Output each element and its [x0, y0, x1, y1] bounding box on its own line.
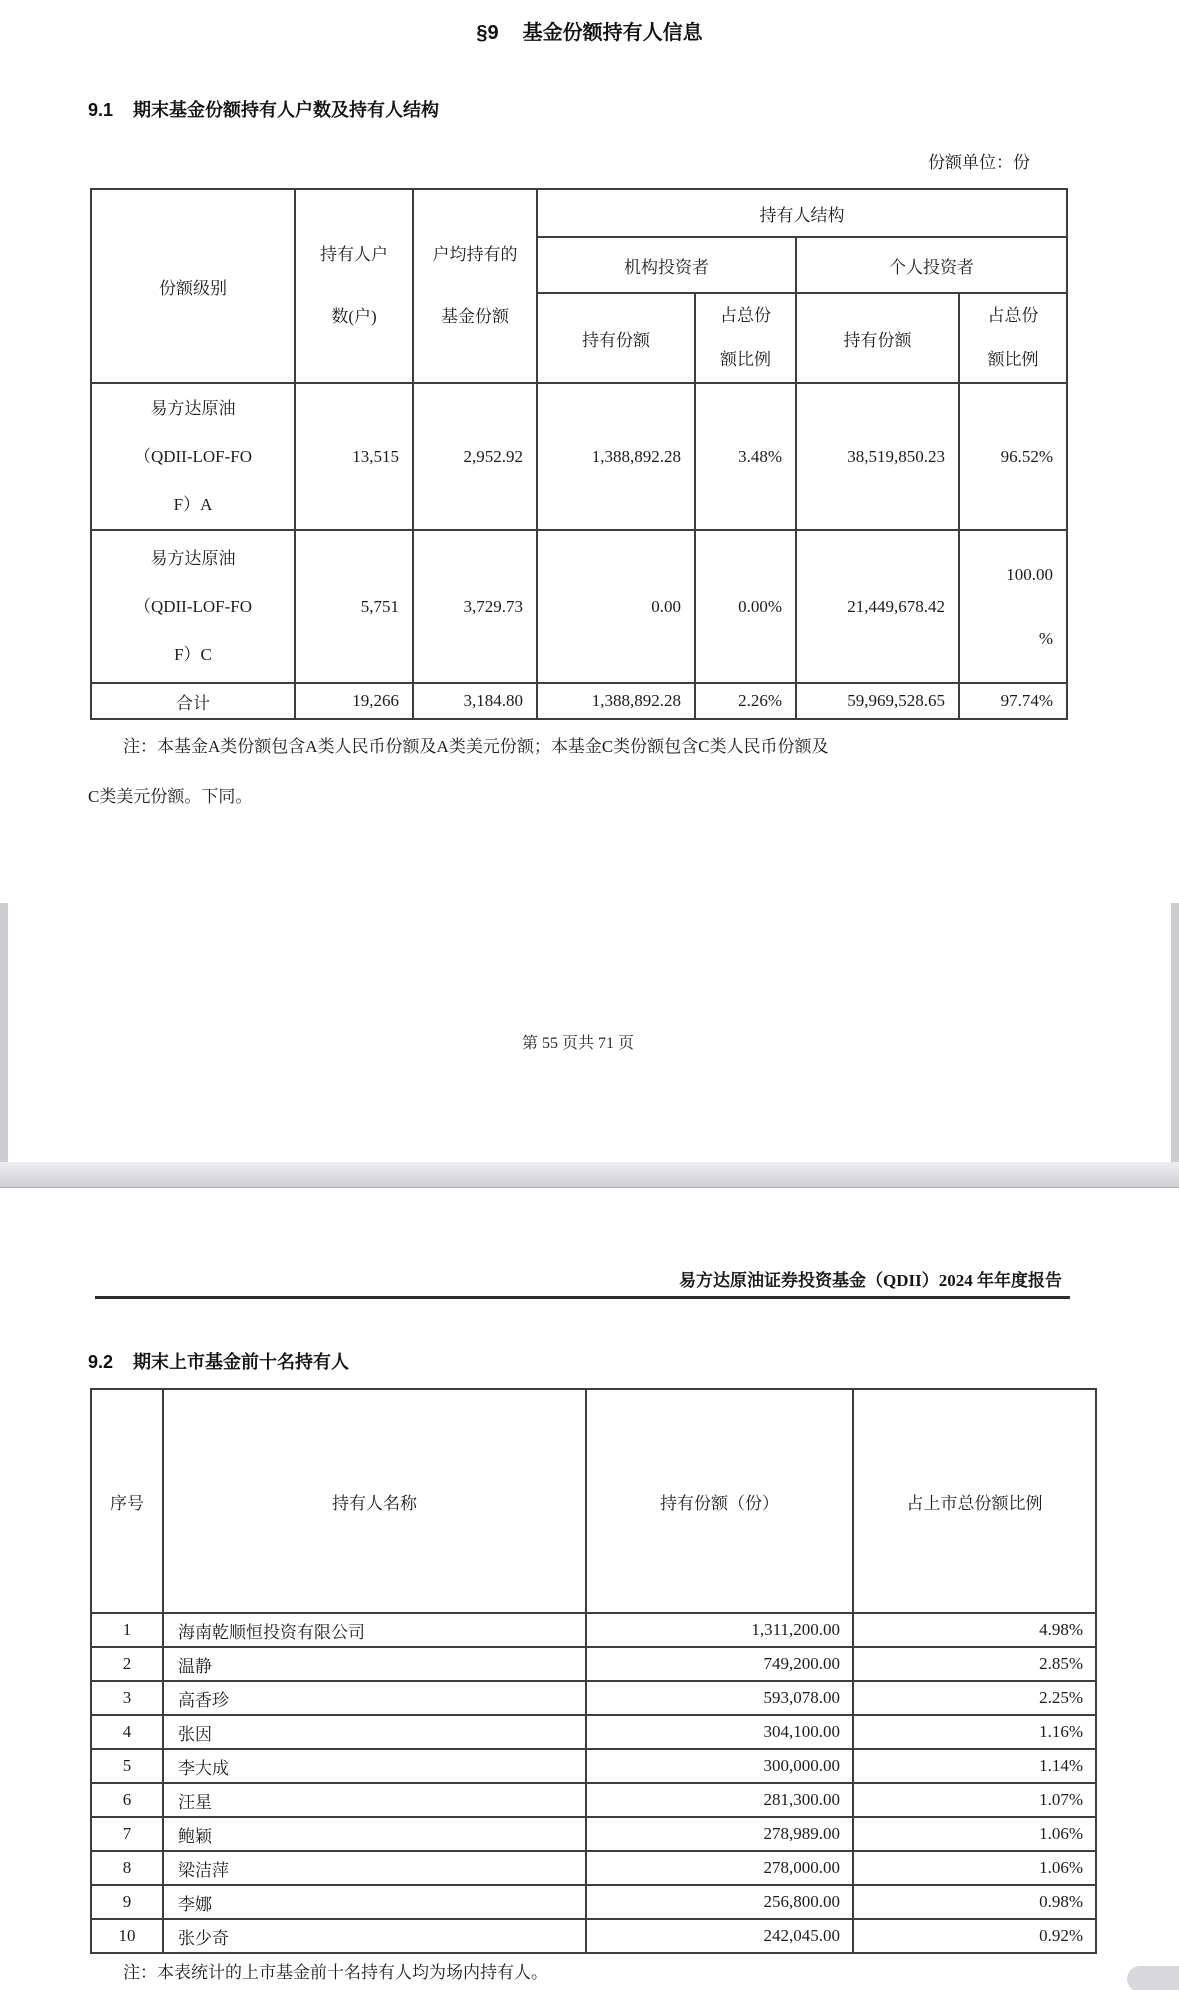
- holder-row-3: 3 高香珍 593,078.00 2.25%: [91, 1681, 1096, 1715]
- header-shares-held-ind: 持有份额: [796, 293, 959, 383]
- cell-shares: 281,300.00: [586, 1783, 853, 1817]
- cell-share-class: 易方达原油 （QDII-LOF-FO F）A: [91, 383, 295, 530]
- cell-inst-pct: 0.00%: [695, 530, 796, 683]
- header-shares: 持有份额（份）: [586, 1389, 853, 1613]
- cell-pct: 1.06%: [853, 1817, 1096, 1851]
- header-rank: 序号: [91, 1389, 163, 1613]
- cell-ind-pct-line2: %: [960, 607, 1053, 671]
- header-institutional-investors: 机构投资者: [537, 237, 796, 293]
- cell-rank: 10: [91, 1919, 163, 1953]
- cell-shares: 749,200.00: [586, 1647, 853, 1681]
- table-header-row-1: 份额级别 持有人户 数(户) 户均持有的 基金份额 持有人结构: [91, 189, 1067, 237]
- section-9-2-heading: 9.2期末上市基金前十名持有人: [88, 1348, 349, 1374]
- header-individual-investors: 个人投资者: [796, 237, 1067, 293]
- cell-pct: 2.25%: [853, 1681, 1096, 1715]
- cell-holder-count: 13,515: [295, 383, 413, 530]
- header-rule: [95, 1296, 1070, 1299]
- header-share-class: 份额级别: [91, 189, 295, 383]
- cell-pct: 2.85%: [853, 1647, 1096, 1681]
- page-separator-band: [0, 1162, 1179, 1188]
- cell-inst-shares: 0.00: [537, 530, 695, 683]
- cell-rank: 9: [91, 1885, 163, 1919]
- cell-rank: 7: [91, 1817, 163, 1851]
- cell-inst-shares: 1,388,892.28: [537, 383, 695, 530]
- page-edge-strip-left: [0, 903, 8, 1162]
- header-holder-count-line2: 数(户): [296, 286, 412, 348]
- document-viewport: §9基金份额持有人信息 9.1期末基金份额持有人户数及持有人结构 份额单位：份 …: [0, 0, 1179, 1990]
- cell-total-label: 合计: [91, 683, 295, 719]
- cell-rank: 6: [91, 1783, 163, 1817]
- class-a-line2: （QDII-LOF-FO: [92, 433, 294, 481]
- floating-scroll-button[interactable]: [1127, 1966, 1179, 1990]
- cell-ind-shares: 38,519,850.23: [796, 383, 959, 530]
- cell-holder-name: 张少奇: [163, 1919, 586, 1953]
- section-9-2-text: 期末上市基金前十名持有人: [133, 1352, 349, 1372]
- holder-row-7: 7 鲍颖 278,989.00 1.06%: [91, 1817, 1096, 1851]
- cell-holder-name: 海南乾顺恒投资有限公司: [163, 1613, 586, 1647]
- cell-shares: 1,311,200.00: [586, 1613, 853, 1647]
- cell-rank: 2: [91, 1647, 163, 1681]
- class-c-line3: F）C: [92, 631, 294, 679]
- cell-rank: 5: [91, 1749, 163, 1783]
- page-number-footer: 第 55 页共 71 页: [90, 1030, 1066, 1053]
- cell-pct: 0.92%: [853, 1919, 1096, 1953]
- header-avg-shares: 户均持有的 基金份额: [413, 189, 537, 383]
- cell-holder-name: 梁洁萍: [163, 1851, 586, 1885]
- cell-shares: 278,989.00: [586, 1817, 853, 1851]
- cell-shares: 304,100.00: [586, 1715, 853, 1749]
- header-shares-held-inst: 持有份额: [537, 293, 695, 383]
- header-pct-ind-line2: 额比例: [960, 338, 1066, 382]
- header-avg-shares-line1: 户均持有的: [414, 224, 536, 286]
- holder-row-9: 9 李娜 256,800.00 0.98%: [91, 1885, 1096, 1919]
- section-9-1-number: 9.1: [88, 100, 113, 120]
- header-holder-count: 持有人户 数(户): [295, 189, 413, 383]
- page-title-text: 基金份额持有人信息: [523, 22, 703, 44]
- cell-holder-name: 鲍颖: [163, 1817, 586, 1851]
- cell-rank: 8: [91, 1851, 163, 1885]
- cell-avg-shares: 2,952.92: [413, 383, 537, 530]
- cell-rank: 4: [91, 1715, 163, 1749]
- holder-row-8: 8 梁洁萍 278,000.00 1.06%: [91, 1851, 1096, 1885]
- section-9-1-heading: 9.1期末基金份额持有人户数及持有人结构: [88, 96, 439, 122]
- cell-inst-pct: 2.26%: [695, 683, 796, 719]
- header-pct-inst-line1: 占总份: [696, 294, 795, 338]
- class-a-line1: 易方达原油: [92, 385, 294, 433]
- cell-holder-name: 汪星: [163, 1783, 586, 1817]
- cell-ind-shares: 59,969,528.65: [796, 683, 959, 719]
- holder-row-4: 4 张因 304,100.00 1.16%: [91, 1715, 1096, 1749]
- header-holder-count-line1: 持有人户: [296, 224, 412, 286]
- cell-holder-name: 李娜: [163, 1885, 586, 1919]
- top-holders-note: 注：本表统计的上市基金前十名持有人均为场内持有人。: [88, 1958, 1078, 1983]
- cell-avg-shares: 3,729.73: [413, 530, 537, 683]
- class-a-line3: F）A: [92, 481, 294, 529]
- top-holders-header-row: 序号 持有人名称 持有份额（份） 占上市总份额比例: [91, 1389, 1096, 1613]
- cell-shares: 256,800.00: [586, 1885, 853, 1919]
- cell-pct: 1.06%: [853, 1851, 1096, 1885]
- page-title: §9基金份额持有人信息: [0, 16, 1179, 45]
- holder-row-6: 6 汪星 281,300.00 1.07%: [91, 1783, 1096, 1817]
- unit-label: 份额单位：份: [928, 148, 1030, 173]
- cell-rank: 1: [91, 1613, 163, 1647]
- header-avg-shares-line2: 基金份额: [414, 286, 536, 348]
- cell-rank: 3: [91, 1681, 163, 1715]
- cell-share-class: 易方达原油 （QDII-LOF-FO F）C: [91, 530, 295, 683]
- header-holder-name: 持有人名称: [163, 1389, 586, 1613]
- row-class-c: 易方达原油 （QDII-LOF-FO F）C 5,751 3,729.73 0.…: [91, 530, 1067, 683]
- cell-ind-pct: 100.00 %: [959, 530, 1067, 683]
- cell-inst-pct: 3.48%: [695, 383, 796, 530]
- header-holder-structure: 持有人结构: [537, 189, 1067, 237]
- section-9-1-text: 期末基金份额持有人户数及持有人结构: [133, 100, 439, 120]
- cell-avg-shares: 3,184.80: [413, 683, 537, 719]
- report-header: 易方达原油证券投资基金（QDII）2024 年年度报告: [95, 1266, 1070, 1291]
- cell-shares: 593,078.00: [586, 1681, 853, 1715]
- cell-pct: 0.98%: [853, 1885, 1096, 1919]
- top-holders-table: 序号 持有人名称 持有份额（份） 占上市总份额比例 1 海南乾顺恒投资有限公司 …: [90, 1388, 1097, 1954]
- header-pct-inst-line2: 额比例: [696, 338, 795, 382]
- class-c-line2: （QDII-LOF-FO: [92, 583, 294, 631]
- header-pct-ind-line1: 占总份: [960, 294, 1066, 338]
- cell-shares: 300,000.00: [586, 1749, 853, 1783]
- header-pct-ind: 占总份 额比例: [959, 293, 1067, 383]
- cell-pct: 4.98%: [853, 1613, 1096, 1647]
- page-title-number: §9: [476, 22, 498, 44]
- cell-ind-pct: 96.52%: [959, 383, 1067, 530]
- row-total: 合计 19,266 3,184.80 1,388,892.28 2.26% 59…: [91, 683, 1067, 719]
- class-c-line1: 易方达原油: [92, 535, 294, 583]
- cell-shares: 242,045.00: [586, 1919, 853, 1953]
- row-class-a: 易方达原油 （QDII-LOF-FO F）A 13,515 2,952.92 1…: [91, 383, 1067, 530]
- cell-holder-name: 温静: [163, 1647, 586, 1681]
- cell-shares: 278,000.00: [586, 1851, 853, 1885]
- cell-holder-name: 张因: [163, 1715, 586, 1749]
- cell-inst-shares: 1,388,892.28: [537, 683, 695, 719]
- cell-holder-name: 李大成: [163, 1749, 586, 1783]
- cell-ind-shares: 21,449,678.42: [796, 530, 959, 683]
- page-edge-strip-right: [1171, 903, 1179, 1162]
- cell-ind-pct: 97.74%: [959, 683, 1067, 719]
- holder-row-2: 2 温静 749,200.00 2.85%: [91, 1647, 1096, 1681]
- table-note: 注：本基金A类份额包含A类人民币份额及A类美元份额；本基金C类份额包含C类人民币…: [88, 722, 1078, 822]
- holder-structure-table: 份额级别 持有人户 数(户) 户均持有的 基金份额 持有人结构 机构投资者 个人…: [90, 188, 1068, 720]
- cell-holder-count: 5,751: [295, 530, 413, 683]
- holder-row-10: 10 张少奇 242,045.00 0.92%: [91, 1919, 1096, 1953]
- holder-row-1: 1 海南乾顺恒投资有限公司 1,311,200.00 4.98%: [91, 1613, 1096, 1647]
- holder-row-5: 5 李大成 300,000.00 1.14%: [91, 1749, 1096, 1783]
- cell-holder-name: 高香珍: [163, 1681, 586, 1715]
- section-9-2-number: 9.2: [88, 1352, 113, 1372]
- cell-pct: 1.07%: [853, 1783, 1096, 1817]
- cell-pct: 1.14%: [853, 1749, 1096, 1783]
- header-pct-of-listed: 占上市总份额比例: [853, 1389, 1096, 1613]
- cell-pct: 1.16%: [853, 1715, 1096, 1749]
- cell-ind-pct-line1: 100.00: [960, 543, 1053, 607]
- note-line-1: 注：本基金A类份额包含A类人民币份额及A类美元份额；本基金C类份额包含C类人民币…: [88, 722, 1078, 772]
- cell-holder-count: 19,266: [295, 683, 413, 719]
- note-line-2: C类美元份额。下同。: [88, 772, 1078, 822]
- header-pct-inst: 占总份 额比例: [695, 293, 796, 383]
